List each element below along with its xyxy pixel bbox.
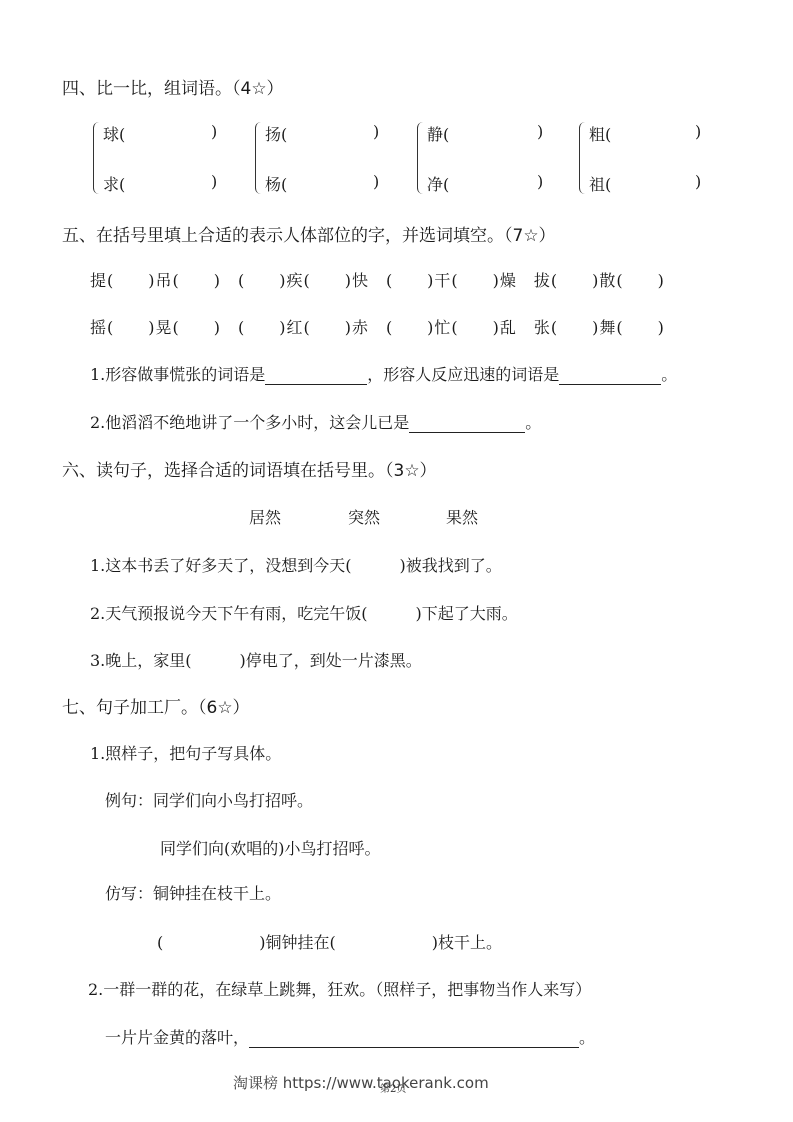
word-top: 扬( — [265, 122, 287, 145]
idiom-row-1: 提( )吊( ) ( )疾( )快 ( )干( )燥 拔( )散( ) — [90, 268, 665, 291]
question-6-3: 3.晚上，家里( )停电了，到处一片漆黑。 — [90, 648, 422, 671]
section-5-title: 五、在括号里填上合适的表示人体部位的字，并选词填空。（7☆） — [62, 221, 556, 246]
watermark: 淘课榜 https://www.taokerank.com — [233, 1072, 489, 1093]
paren-close: ) — [537, 122, 543, 141]
imitate-sentence: 仿写：铜钟挂在枝干上。 — [105, 881, 281, 904]
word-bottom: 杨( — [265, 172, 287, 195]
question-7-2-answer: 一片片金黄的落叶，。 — [105, 1025, 595, 1048]
paren-close: ) — [211, 172, 217, 191]
page-number: 第2页 — [380, 1080, 406, 1095]
word-bottom: 求( — [103, 172, 125, 195]
section-6-title: 六、读句子，选择合适的词语填在括号里。（3☆） — [62, 456, 437, 481]
word-bottom: 祖( — [589, 172, 611, 195]
idiom-row-2: 摇( )晃( ) ( )红( )赤 ( )忙( )乱 张( )舞( ) — [90, 315, 665, 338]
paren-close: ) — [373, 122, 379, 141]
brace-icon — [579, 122, 588, 194]
word-top: 静( — [427, 122, 449, 145]
word-option-3: 果然 — [446, 505, 478, 528]
word-top: 球( — [103, 122, 125, 145]
brace-icon — [255, 122, 264, 194]
paren-close: ) — [211, 122, 217, 141]
example-expanded: 同学们向(欢唱的)小鸟打招呼。 — [160, 836, 381, 859]
brace-icon — [417, 122, 426, 194]
answer-blank[interactable] — [559, 366, 661, 385]
answer-blank[interactable] — [409, 414, 525, 433]
question-5-2: 2.他滔滔不绝地讲了一个多小时，这会儿已是。 — [90, 410, 541, 433]
question-7-2: 2.一群一群的花，在绿草上跳舞，狂欢。（照样子，把事物当作人来写） — [88, 977, 591, 1000]
word-option-1: 居然 — [249, 505, 281, 528]
question-6-1: 1.这本书丢了好多天了，没想到今天( )被我找到了。 — [90, 553, 502, 576]
question-5-1: 1.形容做事慌张的词语是，形容人反应迅速的词语是。 — [90, 362, 677, 385]
paren-close: ) — [695, 172, 701, 191]
imitate-fill: ( )铜钟挂在( )枝干上。 — [157, 930, 502, 953]
section-4-title: 四、比一比，组词语。（4☆） — [62, 74, 284, 99]
paren-close: ) — [373, 172, 379, 191]
question-7-1: 1.照样子，把句子写具体。 — [90, 741, 281, 764]
word-bottom: 净( — [427, 172, 449, 195]
question-6-2: 2.天气预报说今天下午有雨，吃完午饭( )下起了大雨。 — [90, 601, 518, 624]
word-top: 粗( — [589, 122, 611, 145]
answer-blank[interactable] — [249, 1029, 579, 1048]
brace-icon — [93, 122, 102, 194]
paren-close: ) — [537, 172, 543, 191]
paren-close: ) — [695, 122, 701, 141]
answer-blank[interactable] — [265, 366, 367, 385]
word-option-2: 突然 — [348, 505, 380, 528]
section-7-title: 七、句子加工厂。（6☆） — [62, 693, 250, 718]
example-sentence: 例句：同学们向小鸟打招呼。 — [105, 788, 313, 811]
